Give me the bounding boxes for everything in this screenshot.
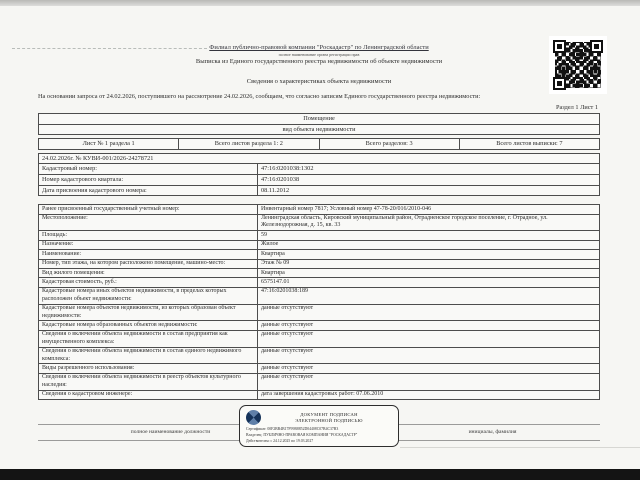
row-value: 47:16:0201038:189 <box>258 288 599 304</box>
row-label: Виды разрешенного использования: <box>39 364 258 372</box>
row-label: Площадь: <box>39 231 258 239</box>
table-row: Номер кадастрового квартала: 47:16:02010… <box>39 175 599 186</box>
table-row: Сведения о включении объекта недвижимост… <box>39 348 599 365</box>
scan-edge-left <box>0 5 10 469</box>
row-label: Номер, тип этажа, на котором расположено… <box>39 260 258 268</box>
table-row: Сведения о включении объекта недвижимост… <box>39 331 599 348</box>
sheet-info-table: Лист № 1 раздела 1 Всего листов раздела … <box>38 138 600 150</box>
table-row: Кадастровые номера объектов недвижимости… <box>39 305 599 322</box>
row-value: 47:16:0201038:1302 <box>258 164 599 174</box>
object-kind-caption: вид объекта недвижимости <box>39 125 599 135</box>
stamp-owner: Владелец: ПУБЛИЧНО-ПРАВОВАЯ КОМПАНИЯ "РО… <box>246 433 392 438</box>
row-value: Квартира <box>258 250 599 258</box>
table-row: Вид жилого помещения: Квартира <box>39 269 599 278</box>
stamp-details: Сертификат: 00F2BB4B17F99B8852D04408C07B… <box>246 427 392 443</box>
sheet-info-cell: Лист № 1 раздела 1 <box>39 139 179 149</box>
row-label: Местоположение: <box>39 215 258 231</box>
row-value: Этаж № 09 <box>258 260 599 268</box>
doc-number: 24.02.2026г. № КУВИ-001/2026-24278721 <box>39 154 599 164</box>
section-sheet-label: Раздел 1 Лист 1 <box>38 104 600 112</box>
sheet-info-cell: Всего листов выписки: 7 <box>460 139 599 149</box>
row-label: Сведения о включении объекта недвижимост… <box>39 348 258 364</box>
row-label: Кадастровые номера объектов недвижимости… <box>39 305 258 321</box>
characteristics-table: Ранее присвоенный государственный учетны… <box>38 204 600 400</box>
table-row: Наименование: Квартира <box>39 250 599 259</box>
scan-artifact-line <box>400 447 640 448</box>
table-row: Сведения о включении объекта недвижимост… <box>39 374 599 391</box>
row-value: 47:16:0201038 <box>258 175 599 185</box>
row-value: дата завершения кадастровых работ: 07.06… <box>258 391 599 399</box>
object-kind: Помещение <box>39 114 599 124</box>
table-row: Виды разрешенного использования: данные … <box>39 364 599 373</box>
table-row: Номер, тип этажа, на котором расположено… <box>39 260 599 269</box>
row-value: данные отсутствуют <box>258 331 599 347</box>
row-value: Квартира <box>258 269 599 277</box>
row-value: данные отсутствуют <box>258 348 599 364</box>
table-row: Сведения о кадастровом инженере: дата за… <box>39 391 599 399</box>
table-row: Кадастровая стоимость, руб.: 6575147.01 <box>39 278 599 287</box>
row-value: Жилое <box>258 241 599 249</box>
stamp-title-line2: ЭЛЕКТРОННОЙ ПОДПИСЬЮ <box>266 418 392 424</box>
row-label: Назначение: <box>39 241 258 249</box>
row-value: 59 <box>258 231 599 239</box>
row-label: Дата присвоения кадастрового номера: <box>39 186 258 196</box>
row-label: Сведения о включении объекта недвижимост… <box>39 331 258 347</box>
row-value: Ленинградская область, Кировский муницип… <box>258 215 599 231</box>
roskadastr-logo-icon <box>246 410 261 425</box>
digital-signature-stamp: ДОКУМЕНТ ПОДПИСАН ЭЛЕКТРОННОЙ ПОДПИСЬЮ С… <box>239 405 399 447</box>
row-label: Ранее присвоенный государственный учетны… <box>39 205 258 213</box>
org-name-caption: полное наименование органа регистрации п… <box>38 52 600 57</box>
table-row: Ранее присвоенный государственный учетны… <box>39 205 599 214</box>
row-label: Кадастровые номера образованных объектов… <box>39 321 258 329</box>
object-kind-table: Помещение вид объекта недвижимости <box>38 113 600 135</box>
document-body: Филиал публично-правовой компании "Роска… <box>38 40 600 441</box>
table-row: Кадастровые номера иных объектов недвижи… <box>39 288 599 305</box>
row-value: данные отсутствуют <box>258 364 599 372</box>
stamp-header: ДОКУМЕНТ ПОДПИСАН ЭЛЕКТРОННОЙ ПОДПИСЬЮ <box>246 410 392 425</box>
row-value: данные отсутствуют <box>258 305 599 321</box>
cadastral-id-table: 24.02.2026г. № КУВИ-001/2026-24278721 Ка… <box>38 153 600 196</box>
row-label: Кадастровый номер: <box>39 164 258 174</box>
row-label: Номер кадастрового квартала: <box>39 175 258 185</box>
request-basis-line: На основании запроса от 24.02.2026, пост… <box>38 93 600 101</box>
row-label: Сведения о кадастровом инженере: <box>39 391 258 399</box>
table-row: Местоположение: Ленинградская область, К… <box>39 215 599 232</box>
row-value: данные отсутствуют <box>258 321 599 329</box>
scan-edge-top <box>0 0 640 6</box>
bottom-black-bar <box>0 469 640 480</box>
table-row: Кадастровый номер: 47:16:0201038:1302 <box>39 164 599 175</box>
row-label: Вид жилого помещения: <box>39 269 258 277</box>
row-value: данные отсутствуют <box>258 374 599 390</box>
scanned-document-page: Филиал публично-правовой компании "Роска… <box>0 0 640 480</box>
row-label: Кадастровые номера иных объектов недвижи… <box>39 288 258 304</box>
stamp-validity: Действителен: с 24.12.2025 по 19.03.2027 <box>246 439 392 444</box>
section-title: Сведения о характеристиках объекта недви… <box>38 78 600 86</box>
row-label: Кадастровая стоимость, руб.: <box>39 278 258 286</box>
sheet-info-cell: Всего разделов: 3 <box>320 139 460 149</box>
sheet-info-cell: Всего листов раздела 1: 2 <box>179 139 319 149</box>
table-row: Назначение: Жилое <box>39 241 599 250</box>
document-title: Выписка из Единого государственного реес… <box>38 58 600 66</box>
row-value: 08.11.2012 <box>258 186 599 196</box>
row-label: Наименование: <box>39 250 258 258</box>
table-row: Площадь: 59 <box>39 231 599 240</box>
row-value: 6575147.01 <box>258 278 599 286</box>
table-row: Кадастровые номера образованных объектов… <box>39 321 599 330</box>
row-label: Сведения о включении объекта недвижимост… <box>39 374 258 390</box>
org-name: Филиал публично-правовой компании "Роска… <box>38 44 600 52</box>
row-value: Инвентарный номер 7817; Условный номер 4… <box>258 205 599 213</box>
table-row: Дата присвоения кадастрового номера: 08.… <box>39 186 599 196</box>
stamp-certificate: Сертификат: 00F2BB4B17F99B8852D04408C07B… <box>246 427 392 432</box>
signature-name-caption: инициалы, фамилия <box>385 429 600 436</box>
stamp-title: ДОКУМЕНТ ПОДПИСАН ЭЛЕКТРОННОЙ ПОДПИСЬЮ <box>266 412 392 424</box>
